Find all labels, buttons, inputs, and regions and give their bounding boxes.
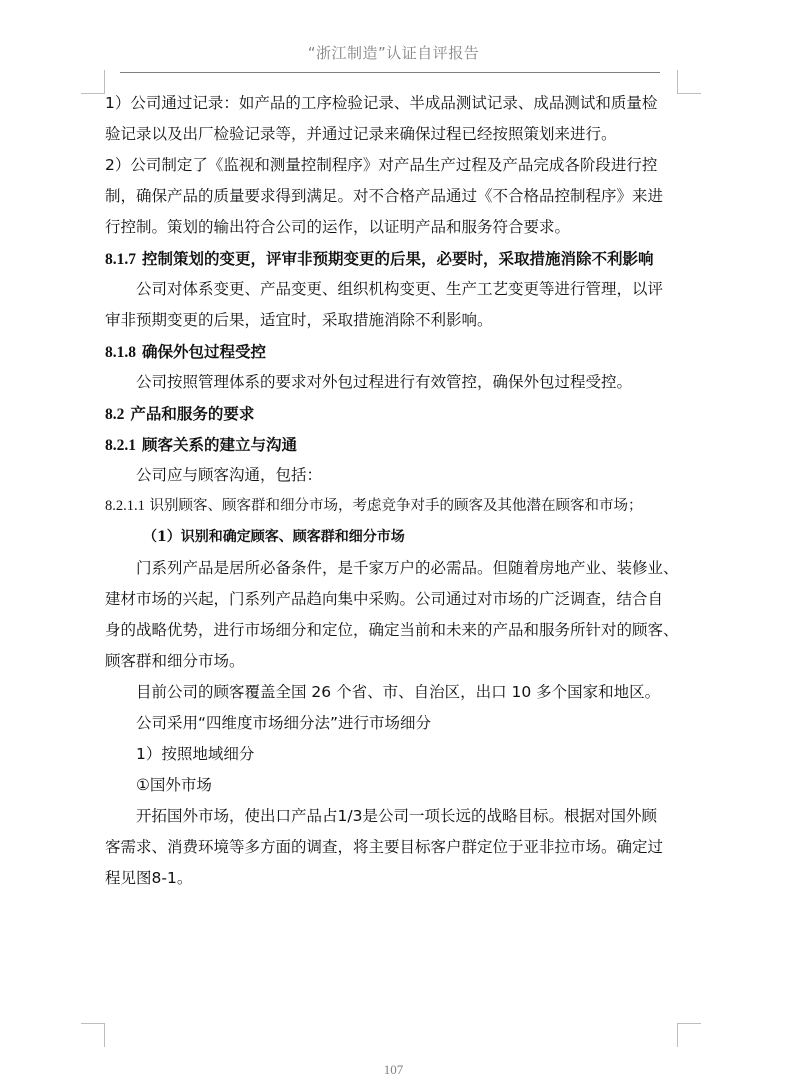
paragraph-line: 门系列产品是居所必备条件，是千家万户的必需品。但随着房地产业、装修业、 — [105, 553, 680, 584]
list-item: 1）按照地域细分 — [105, 739, 680, 770]
paragraph-line: 行控制。策划的输出符合公司的运作，以证明产品和服务符合要求。 — [105, 212, 680, 243]
paragraph-line: 身的战略优势，进行市场细分和定位，确定当前和未来的产品和服务所针对的顾客、 — [105, 615, 680, 646]
section-title: 控制策划的变更，评审非预期变更的后果，必要时，采取措施消除不利影响 — [142, 249, 654, 268]
document-body: 1）公司通过记录：如产品的工序检验记录、半成品测试记录、成品测试和质量检 验记录… — [105, 88, 680, 894]
clause-text: 识别顾客、顾客群和细分市场，考虑竞争对手的顾客及其他潜在顾客和市场； — [149, 498, 642, 514]
section-number: 8.1.7 — [105, 251, 136, 268]
section-title: 产品和服务的要求 — [130, 404, 254, 423]
section-number: 8.2 — [105, 406, 124, 423]
page-header-title: “浙江制造”认证自评报告 — [0, 42, 787, 63]
section-heading-8-1-8: 8.1.8确保外包过程受控 — [105, 336, 680, 367]
crop-mark-top-right — [677, 70, 701, 94]
paragraph-line: 开拓国外市场，使出口产品占1/3是公司一项长远的战略目标。根据对国外顾 — [105, 801, 680, 832]
paragraph-line: 客需求、消费环境等多方面的调查，将主要目标客户群定位于亚非拉市场。确定过 — [105, 832, 680, 863]
sub-heading: （1）识别和确定顾客、顾客群和细分市场 — [105, 522, 680, 553]
section-heading-8-1-7: 8.1.7控制策划的变更，评审非预期变更的后果，必要时，采取措施消除不利影响 — [105, 243, 680, 274]
paragraph-line: 公司应与顾客沟通，包括： — [105, 460, 680, 491]
header-rule — [120, 72, 660, 73]
paragraph-line: 程见图8-1。 — [105, 863, 680, 894]
list-item: ①国外市场 — [105, 770, 680, 801]
crop-mark-bottom-right — [677, 1023, 701, 1047]
paragraph-line: 制，确保产品的质量要求得到满足。对不合格产品通过《不合格品控制程序》来进 — [105, 181, 680, 212]
paragraph-line: 顾客群和细分市场。 — [105, 646, 680, 677]
paragraph-line: 公司采用“四维度市场细分法”进行市场细分 — [105, 708, 680, 739]
paragraph-line: 目前公司的顾客覆盖全国 26 个省、市、自治区，出口 10 多个国家和地区。 — [105, 677, 680, 708]
crop-mark-top-left — [81, 70, 105, 94]
section-heading-8-2-1: 8.2.1顾客关系的建立与沟通 — [105, 429, 680, 460]
section-title: 顾客关系的建立与沟通 — [142, 435, 297, 454]
paragraph-line: 2）公司制定了《监视和测量控制程序》对产品生产过程及产品完成各阶段进行控 — [105, 150, 680, 181]
page-number: 107 — [0, 1062, 787, 1078]
clause-number: 8.2.1.1 — [105, 498, 145, 514]
crop-mark-bottom-left — [81, 1023, 105, 1047]
paragraph-line: 验记录以及出厂检验记录等，并通过记录来确保过程已经按照策划来进行。 — [105, 119, 680, 150]
paragraph-line: 公司按照管理体系的要求对外包过程进行有效管控，确保外包过程受控。 — [105, 367, 680, 398]
section-number: 8.1.8 — [105, 344, 136, 361]
paragraph-line: 建材市场的兴起，门系列产品趋向集中采购。公司通过对市场的广泛调查，结合自 — [105, 584, 680, 615]
clause-8-2-1-1: 8.2.1.1 识别顾客、顾客群和细分市场，考虑竞争对手的顾客及其他潜在顾客和市… — [105, 491, 680, 522]
paragraph-line: 审非预期变更的后果，适宜时，采取措施消除不利影响。 — [105, 305, 680, 336]
section-number: 8.2.1 — [105, 437, 136, 454]
paragraph-line: 公司对体系变更、产品变更、组织机构变更、生产工艺变更等进行管理，以评 — [105, 274, 680, 305]
section-heading-8-2: 8.2产品和服务的要求 — [105, 398, 680, 429]
paragraph-line: 1）公司通过记录：如产品的工序检验记录、半成品测试记录、成品测试和质量检 — [105, 88, 680, 119]
section-title: 确保外包过程受控 — [142, 342, 266, 361]
